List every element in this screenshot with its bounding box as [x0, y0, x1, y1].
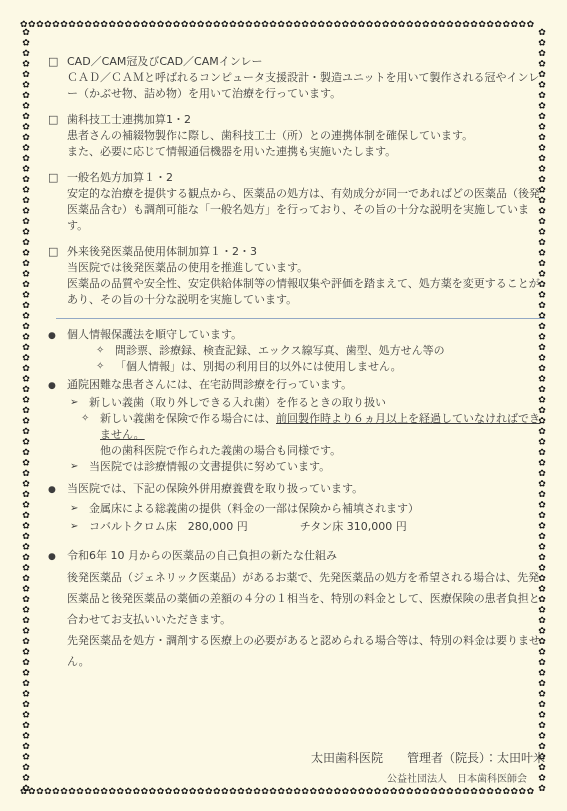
notice-text: 通院困難な患者さんには、在宅訪問診療を行っています。	[67, 378, 352, 391]
notice-text: 個人情報保護法を順守しています。	[67, 328, 242, 341]
arrow-bullet-icon: ➢	[70, 395, 78, 411]
notice-text: 他の歯科医院で作られた義歯の場合も同様です。	[100, 443, 545, 459]
notice-denture-handling: ➢ 新しい義歯（取り外しできる入れ歯）を作るときの取り扱い	[70, 395, 545, 411]
bullet-icon: ●	[48, 549, 56, 565]
notice-paragraph: 後発医薬品（ジェネリック医薬品）があるお薬で、先発医薬品の処方を希望される場合は…	[67, 567, 545, 630]
section-body: ＣＡＤ／ＣＡＭと呼ばれるコンピュータ支援設計・製造ユニットを用いて製作される冠や…	[67, 70, 545, 102]
checkbox-icon: □	[48, 244, 58, 260]
section-body: 患者さんの補綴物製作に際し、歯科技工士（所）との連携体制を確保しています。 また…	[67, 128, 545, 160]
checkbox-icon: □	[48, 54, 58, 70]
notice-text: 「個人情報」は、別掲の利用目的以外には使用しません。	[115, 360, 402, 373]
notice-denture-insurance-note: ✧ 新しい義歯を保険で作る場合には、前回製作時より６ヵ月以上を経過していなければ…	[81, 411, 545, 459]
notice-title: 令和6年 10 月からの医薬品の自己負担の新たな仕組み	[67, 549, 337, 562]
notice-home-visit: ● 通院困難な患者さんには、在宅訪問診療を行っています。	[48, 377, 545, 393]
checkbox-icon: □	[48, 112, 58, 128]
decorative-border-bottom: ✿✿✿✿✿✿✿✿✿✿✿✿✿✿✿✿✿✿✿✿✿✿✿✿✿✿✿✿✿✿✿✿✿✿✿✿✿✿✿✿…	[20, 787, 547, 798]
section-body: 当医院では後発医薬品の使用を推進しています。 医薬品の品質や安全性、安定供給体制…	[67, 260, 545, 308]
notice-text: 新しい義歯を保険で作る場合には、	[100, 412, 276, 425]
section-generic-prescription: □ 一般名処方加算１・2 安定的な治療を提供する観点から、医薬品の処方は、有効成…	[48, 170, 545, 234]
bullet-icon: ●	[48, 482, 56, 498]
notice-text: 新しい義歯（取り外しできる入れ歯）を作るときの取り扱い	[89, 396, 386, 409]
section-cadcam: □ CAD／CAM冠及びCAD／CAMインレー ＣＡＤ／ＣＡＭと呼ばれるコンピュ…	[48, 54, 545, 102]
notice-personal-info-item: ✧ 「個人情報」は、別掲の利用目的以外には使用しません。	[96, 359, 545, 375]
notice-metal-denture: ➢ 金属床による総義歯の提供（料金の一部は保険から補填されます）	[70, 501, 545, 517]
notice-text: 問診票、診療録、検査記録、エックス線写真、歯型、処方せん等の	[115, 344, 445, 357]
notice-text: 金属床による総義歯の提供（料金の一部は保険から補填されます）	[89, 502, 419, 515]
section-dental-technician: □ 歯科技工士連携加算1・2 患者さんの補綴物製作に際し、歯科技工士（所）との連…	[48, 112, 545, 160]
notice-mixed-care: ● 当医院では、下記の保険外併用療養費を取り扱っています。	[48, 481, 545, 497]
checkbox-icon: □	[48, 170, 58, 186]
price-titanium: チタン床 310,000 円	[300, 519, 407, 535]
bullet-icon: ●	[48, 378, 56, 394]
notice-document-provision: ➢ 当医院では診療情報の文書提供に努めています。	[70, 459, 545, 475]
decorative-border-left: ✿✿✿✿✿✿✿✿✿✿✿✿✿✿✿✿✿✿✿✿✿✿✿✿✿✿✿✿✿✿✿✿✿✿✿✿✿✿✿✿…	[20, 28, 31, 791]
document-page: ✿✿✿✿✿✿✿✿✿✿✿✿✿✿✿✿✿✿✿✿✿✿✿✿✿✿✿✿✿✿✿✿✿✿✿✿✿✿✿✿…	[0, 0, 567, 811]
section-title: 一般名処方加算１・2	[67, 170, 545, 186]
notice-text: 当医院では、下記の保険外併用療養費を取り扱っています。	[67, 482, 363, 495]
document-content: □ CAD／CAM冠及びCAD／CAMインレー ＣＡＤ／ＣＡＭと呼ばれるコンピュ…	[48, 54, 545, 766]
section-divider	[56, 318, 545, 319]
section-body: 安定的な治療を提供する観点から、医薬品の処方は、有効成分が同一であればどの医薬品…	[67, 186, 545, 234]
issuer-footer: 公益社団法人 日本歯科医師会	[387, 770, 527, 785]
decorative-border-top: ✿✿✿✿✿✿✿✿✿✿✿✿✿✿✿✿✿✿✿✿✿✿✿✿✿✿✿✿✿✿✿✿✿✿✿✿✿✿✿✿…	[20, 20, 547, 31]
section-title: 歯科技工士連携加算1・2	[67, 112, 545, 128]
arrow-bullet-icon: ➢	[70, 519, 78, 535]
clinic-signature: 太田歯科医院 管理者（院長）：太田叶米	[48, 750, 545, 766]
notice-text: 当医院では診療情報の文書提供に努めています。	[89, 460, 330, 473]
bullet-icon: ●	[48, 328, 56, 344]
diamond-bullet-icon: ✧	[81, 411, 89, 427]
section-title: CAD／CAM冠及びCAD／CAMインレー	[67, 54, 545, 70]
price-line: コバルトクロム床 280,000 円チタン床 310,000 円	[89, 519, 545, 535]
section-title: 外来後発医薬品使用体制加算１・2・3	[67, 244, 545, 260]
arrow-bullet-icon: ➢	[70, 501, 78, 517]
diamond-bullet-icon: ✧	[96, 343, 104, 359]
diamond-bullet-icon: ✧	[96, 359, 104, 375]
price-cobalt-chrome: コバルトクロム床 280,000 円	[89, 519, 248, 535]
notice-paragraph: 先発医薬品を処方・調剤する医療上の必要があると認められる場合等は、特別の料金は要…	[67, 630, 545, 672]
notice-copay-scheme: ● 令和6年 10 月からの医薬品の自己負担の新たな仕組み 後発医薬品（ジェネリ…	[48, 548, 545, 672]
notice-personal-info: ● 個人情報保護法を順守しています。	[48, 327, 545, 343]
section-outpatient-generic: □ 外来後発医薬品使用体制加算１・2・3 当医院では後発医薬品の使用を推進してい…	[48, 244, 545, 308]
notice-personal-info-item: ✧ 問診票、診療録、検査記録、エックス線写真、歯型、処方せん等の	[96, 343, 545, 359]
notice-denture-prices: ➢ コバルトクロム床 280,000 円チタン床 310,000 円	[70, 519, 545, 535]
arrow-bullet-icon: ➢	[70, 459, 78, 475]
